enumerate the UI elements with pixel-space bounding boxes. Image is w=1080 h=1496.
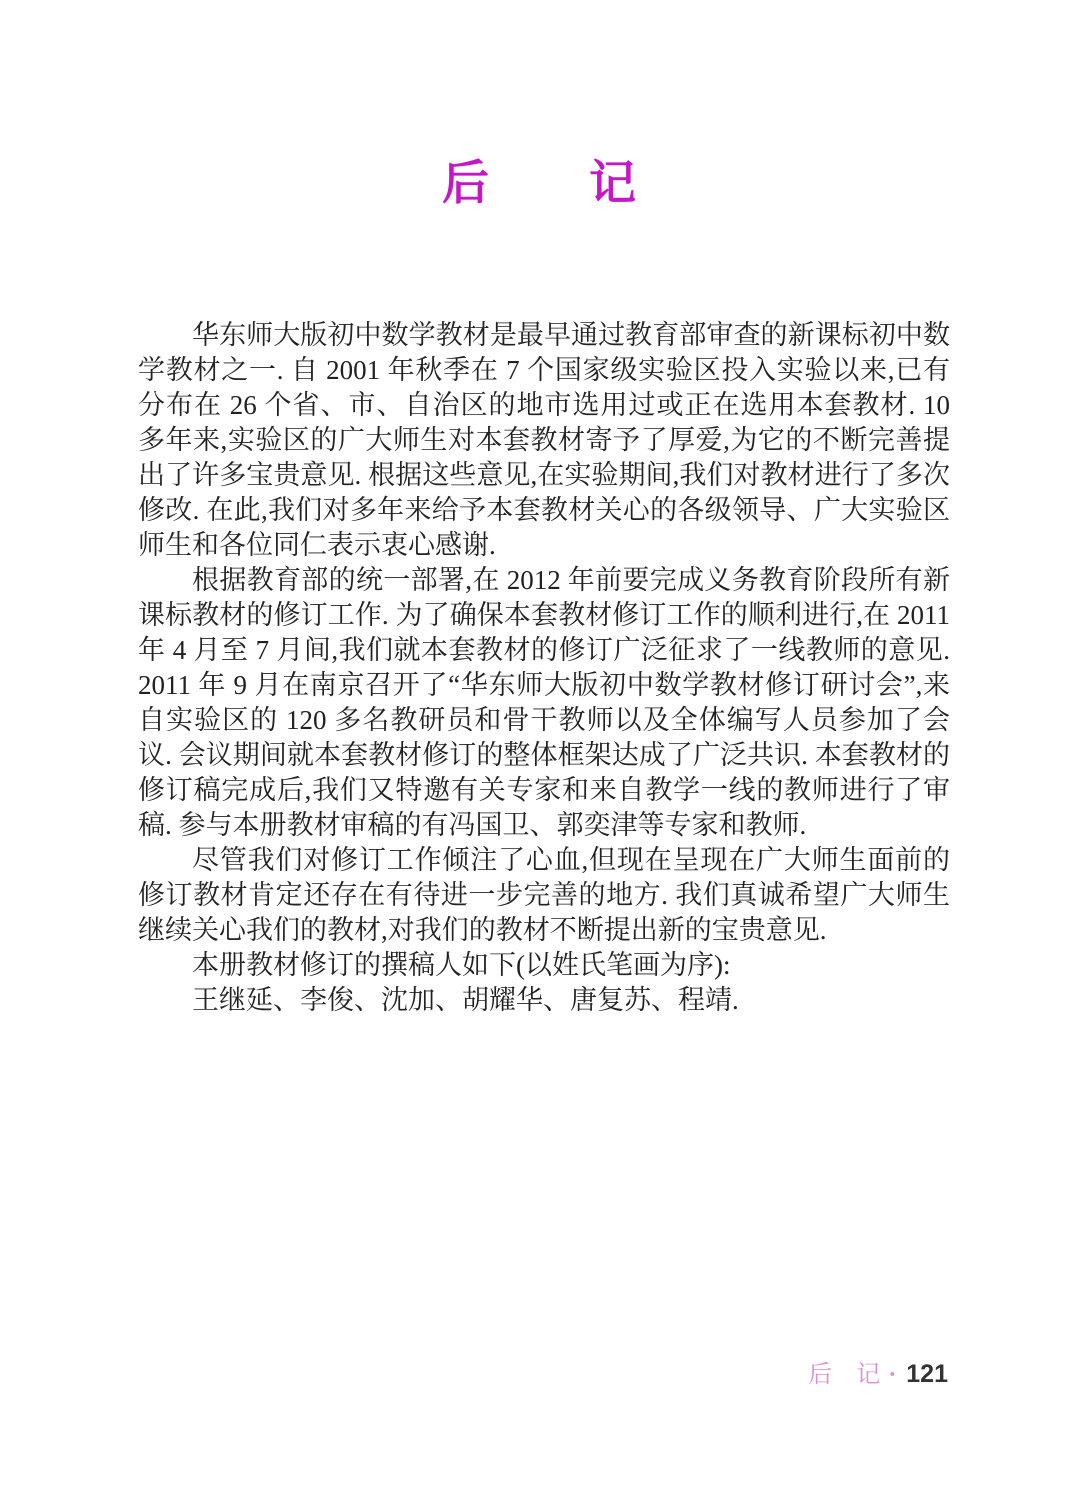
paragraph-revision-process: 根据教育部的统一部署,在 2012 年前要完成义务教育阶段所有新课标教材的修订工…: [138, 563, 950, 843]
textbook-page: 后 记 华东师大版初中数学教材是最早通过教育部审查的新课标初中数学教材之一. 自…: [0, 0, 1080, 1496]
page-footer: 后 记·121: [808, 1358, 948, 1391]
footer-section-title: 后 记: [808, 1362, 880, 1388]
page-title: 后 记: [0, 156, 1080, 210]
paragraph-appeal: 尽管我们对修订工作倾注了心血,但现在呈现在广大师生面前的修订教材肯定还存在有待进…: [138, 843, 950, 948]
paragraph-contributors-names: 王继延、李俊、沈加、胡耀华、唐复苏、程靖.: [138, 983, 950, 1018]
paragraph-contributors-intro: 本册教材修订的撰稿人如下(以姓氏笔画为序):: [138, 948, 950, 983]
body-text: 华东师大版初中数学教材是最早通过教育部审查的新课标初中数学教材之一. 自 200…: [138, 318, 950, 1018]
paragraph-history: 华东师大版初中数学教材是最早通过教育部审查的新课标初中数学教材之一. 自 200…: [138, 318, 950, 563]
footer-page-number: 121: [906, 1360, 948, 1388]
footer-separator: ·: [888, 1362, 896, 1388]
